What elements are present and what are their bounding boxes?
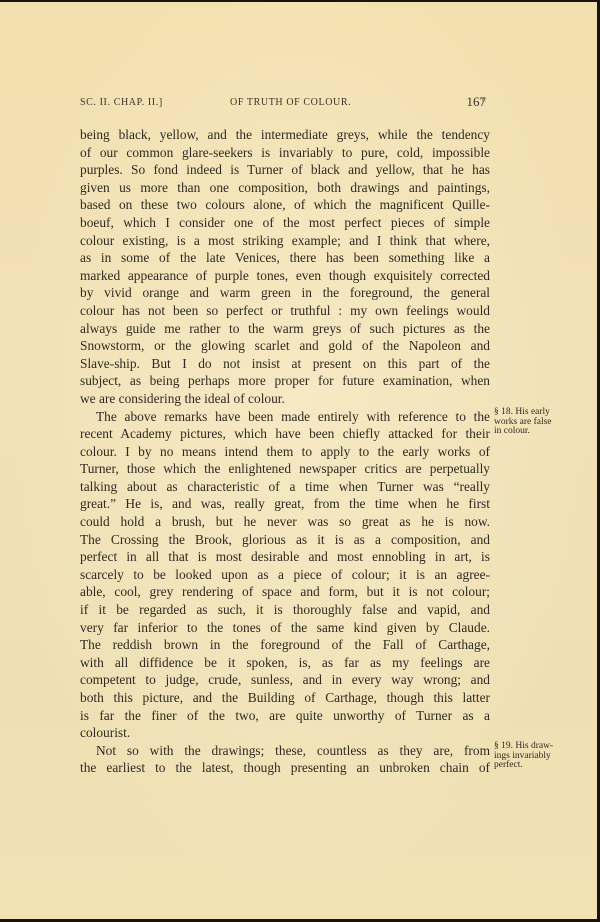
paragraph-start-line: The above remarks have been made entirel…	[80, 408, 490, 426]
text-line: colour existing, is a most striking exam…	[80, 232, 490, 250]
text-line: Turner, those which the enlightened news…	[80, 460, 490, 478]
text-line: The Crossing the Brook, glorious as it i…	[80, 531, 490, 549]
text-line: both this picture, and the Building of C…	[80, 689, 490, 707]
text-line: with all diffidence be it spoken, is, as…	[80, 654, 490, 672]
text-line: of our common glare-seekers is invariabl…	[80, 144, 490, 162]
text-line: marked appearance of purple tones, even …	[80, 267, 490, 285]
text-line: being black, yellow, and the intermediat…	[80, 126, 490, 144]
text-line: given us more than one composition, both…	[80, 179, 490, 197]
text-line: scarcely to be looked upon as a piece of…	[80, 566, 490, 584]
text-line: purples. So fond indeed is Turner of bla…	[80, 161, 490, 179]
sidenote-section-18: § 18. His early works are false in colou…	[494, 408, 574, 437]
text-line: competent to judge, crude, sunless, and …	[80, 671, 490, 689]
sidenote-section-19: § 19. His draw- ings invariably perfect.	[494, 742, 574, 771]
text-line: colour. I by no means intend them to app…	[80, 443, 490, 461]
text-line: subject, as being perhaps more proper fo…	[80, 372, 490, 390]
sidenote-line: perfect.	[494, 761, 574, 771]
text-line: by vivid orange and warm green in the fo…	[80, 284, 490, 302]
text-line: The reddish brown in the foreground of t…	[80, 636, 490, 654]
paper-speck	[482, 99, 485, 102]
running-head: SC. II. CHAP. II.] OF TRUTH OF COLOUR. 1…	[80, 94, 490, 110]
text-line: if it be regarded as such, it is thoroug…	[80, 601, 490, 619]
text-line: based on these two colours alone, of whi…	[80, 196, 490, 214]
body-text: being black, yellow, and the intermediat…	[80, 126, 490, 777]
text-line: always guide me rather to the warm greys…	[80, 320, 490, 338]
section-chapter-label: SC. II. CHAP. II.]	[80, 97, 163, 108]
book-page: SC. II. CHAP. II.] OF TRUTH OF COLOUR. 1…	[0, 2, 597, 919]
page-number: 167	[467, 94, 487, 110]
text-line: talking about as characteristic of a tim…	[80, 478, 490, 496]
chapter-title: OF TRUTH OF COLOUR.	[230, 97, 351, 108]
text-line: is far the finer of the two, are quite u…	[80, 707, 490, 725]
text-line: Slave-ship. But I do not insist at prese…	[80, 355, 490, 373]
paragraph-start-line: Not so with the drawings; these, countle…	[80, 742, 490, 760]
text-line: colourist.	[80, 724, 490, 742]
text-line: we are considering the ideal of colour.	[80, 390, 490, 408]
text-line: the earliest to the latest, though prese…	[80, 759, 490, 777]
text-line: boeuf, which I consider one of the most …	[80, 214, 490, 232]
text-line: great.” He is, and was, really great, fr…	[80, 495, 490, 513]
text-line: colour has not been so perfect or truthf…	[80, 302, 490, 320]
text-line: perfect in all that is most desirable an…	[80, 548, 490, 566]
text-line: able, cool, grey rendering of space and …	[80, 583, 490, 601]
text-line: recent Academy pictures, which have been…	[80, 425, 490, 443]
text-line: Snowstorm, or the glowing scarlet and go…	[80, 337, 490, 355]
sidenote-line: in colour.	[494, 427, 574, 437]
text-line: as in some of the late Venices, there ha…	[80, 249, 490, 267]
text-line: could hold a brush, but he never was so …	[80, 513, 490, 531]
text-line: very far inferior to the tones of the sa…	[80, 619, 490, 637]
